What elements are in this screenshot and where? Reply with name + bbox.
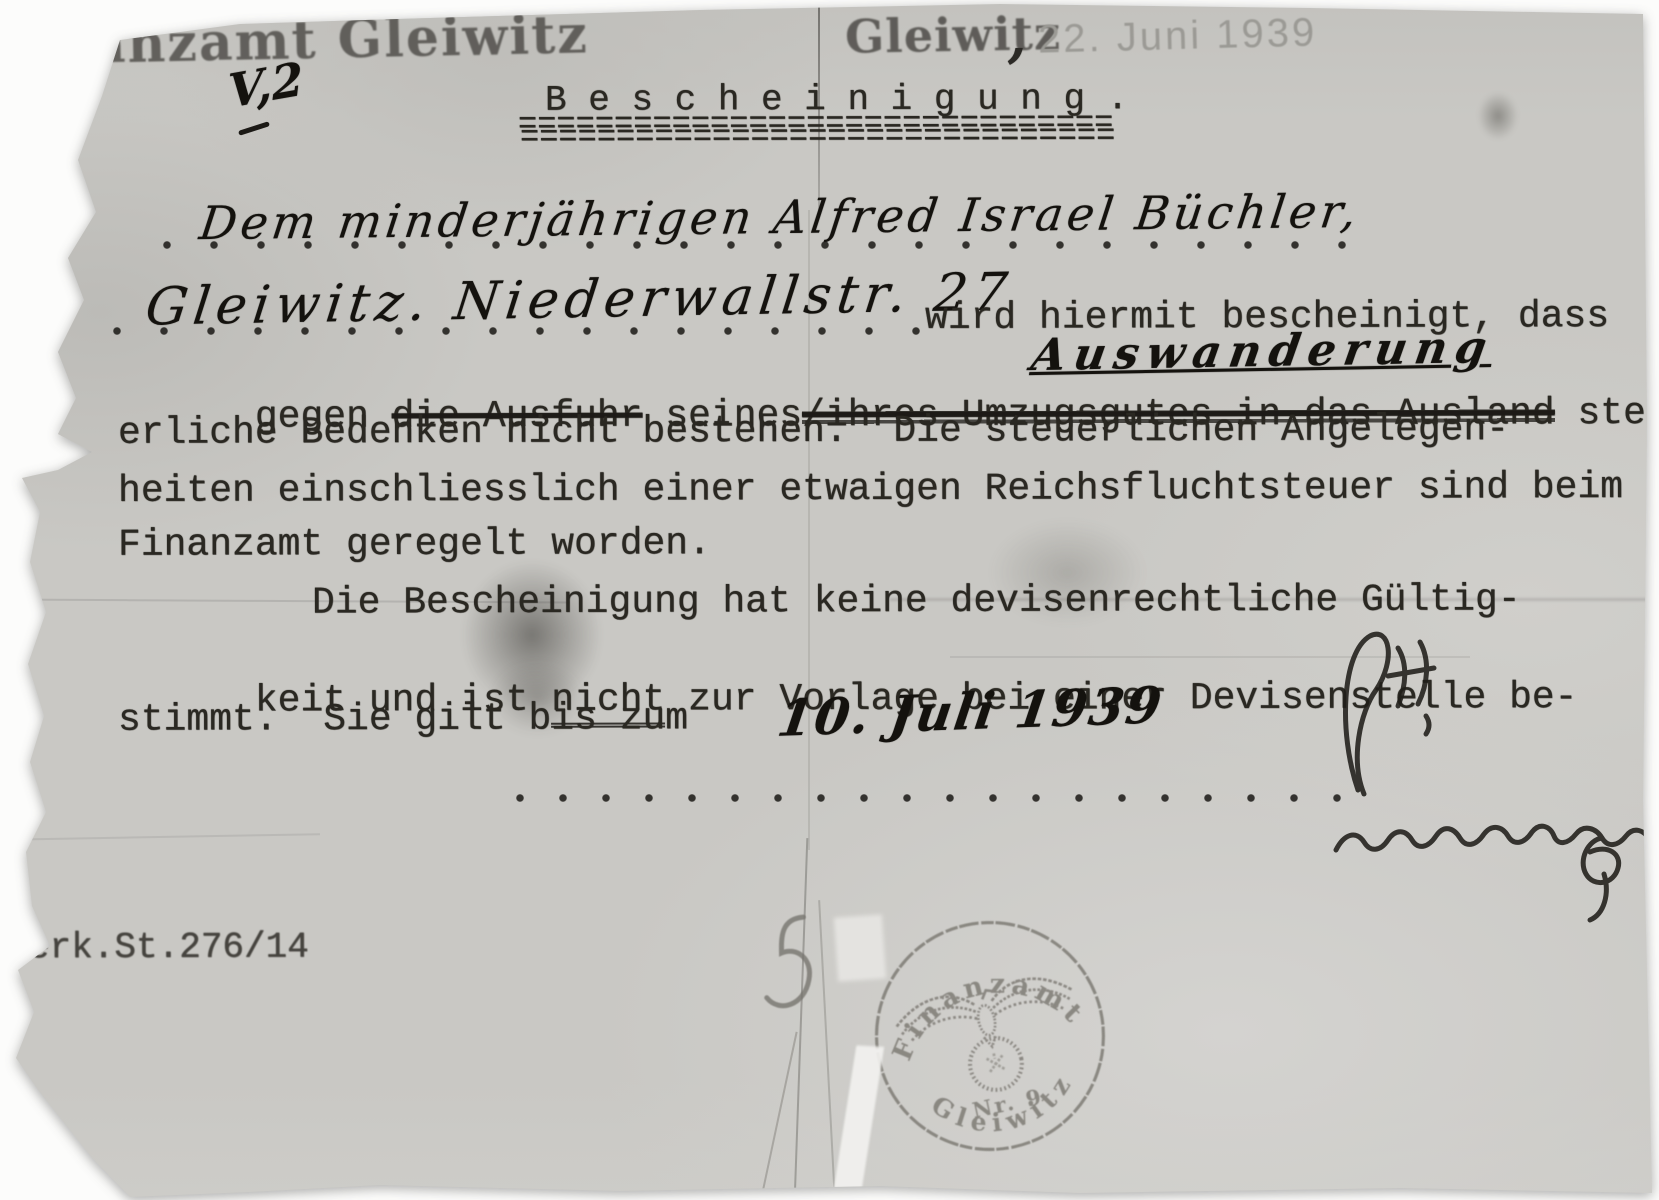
date-stamp-separator: , [1008,8,1026,69]
signature [1272,612,1659,922]
archival-photo: nanzamt Gleiwitz V,2 Gleiwitz , 22. Juni… [0,0,1659,1200]
office-stamp-top-left: nanzamt Gleiwitz [51,4,589,76]
paper-sheet: nanzamt Gleiwitz V,2 Gleiwitz , 22. Juni… [0,0,1659,1200]
reference-number: erk.St.276/14 [28,928,309,969]
body-line-1-post: steu- [1555,392,1659,435]
date-stamp-place: Gleiwitz [845,6,1062,64]
body-line-7: stimmt. Sie gilt bis zum [118,699,688,740]
paper-sheet-wrap: nanzamt Gleiwitz V,2 Gleiwitz , 22. Juni… [0,0,1659,1200]
body-line-2: erliche Bedenken nicht bestehen. Die ste… [118,410,1509,454]
horizontal-crease-bottom-left [0,833,320,841]
dotted-rule-name [162,240,1367,250]
body-line-3: heiten einschliesslich einer etwaigen Re… [118,468,1623,512]
date-stamp-date: 22. Juni 1939 [1037,10,1317,62]
bottom-tear-crease-3 [760,1032,797,1199]
pen-mark-five [754,905,826,1031]
body-line-4: Finanzamt geregelt worden. [118,524,711,566]
file-annotation-mark: V,2 [227,51,305,118]
annotation-stroke [238,121,270,136]
dotted-rule-signature [515,793,1347,803]
title-underline-row2: =============================== [520,116,1115,158]
round-office-stamp: Finanzamt Gleiwitz Nr. 9 [831,877,1149,1195]
smudge-top-right [1478,92,1518,140]
dotted-rule-address [112,326,957,336]
stamp-arc-top-text: Finanzamt [874,949,1095,1070]
